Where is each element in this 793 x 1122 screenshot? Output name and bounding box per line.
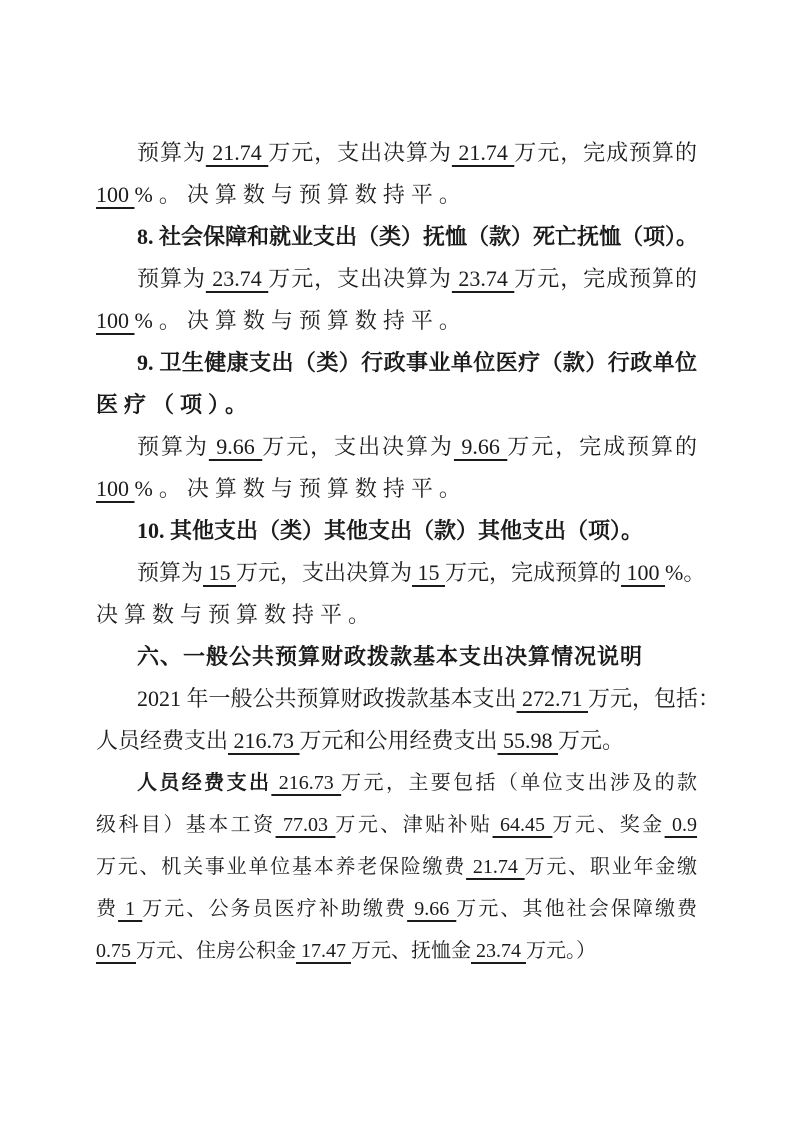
underlined-value: 272.71	[517, 686, 589, 711]
text-line: 预算为 23.74 万元，支出决算为 23.74 万元，完成预算的	[96, 258, 697, 300]
text-line: 人员经费支出 216.73 万元和公用经费支出 55.98 万元。	[96, 720, 697, 762]
text-segment: 10. 其他支出（类）其他支出（款）其他支出（项）。	[137, 518, 643, 543]
text-segment: 费	[96, 898, 118, 920]
underlined-value: 100	[96, 476, 135, 501]
text-segment: %。决算数与预算数持平。	[135, 308, 467, 333]
underlined-value: 23.74	[206, 266, 268, 291]
text-segment: 医疗（项）。	[96, 392, 253, 417]
text-line: 万元、机关事业单位基本养老保险缴费 21.74 万元、职业年金缴	[96, 846, 697, 888]
underlined-value: 100	[621, 560, 665, 585]
text-segment: 万元，支出决算为	[268, 266, 452, 291]
text-segment: 决算数与预算数持平。	[96, 602, 376, 627]
text-segment: 万元、奖金	[552, 814, 664, 836]
underlined-value: 9.66	[454, 434, 507, 459]
text-line: 0.75 万元、住房公积金 17.47 万元、抚恤金 23.74 万元。）	[96, 930, 697, 972]
text-segment: 万元、其他社会保障缴费	[456, 898, 697, 920]
text-line: 预算为 15 万元，支出决算为 15 万元，完成预算的 100 %。	[96, 552, 697, 594]
underlined-value: 55.98	[498, 728, 559, 753]
underlined-value: 9.66	[209, 434, 262, 459]
text-segment: 万元、住房公积金	[136, 940, 296, 962]
underlined-value: 0.9	[665, 814, 697, 836]
text-segment: 万元、职业年金缴	[525, 856, 697, 878]
text-segment: 万元、津贴补贴	[335, 814, 492, 836]
underlined-value: 64.45	[493, 814, 553, 836]
text-line: 2021 年一般公共预算财政拨款基本支出 272.71 万元，包括：	[96, 678, 697, 720]
text-segment: 万元。	[558, 728, 624, 753]
text-segment: 9. 卫生健康支出（类）行政事业单位医疗（款）行政单位	[137, 350, 697, 375]
text-segment: 预算为	[137, 560, 203, 585]
text-segment: 万元，支出决算为	[268, 140, 452, 165]
text-segment: 万元和公用经费支出	[300, 728, 498, 753]
text-segment: 万元，完成预算的	[445, 560, 621, 585]
text-line: 预算为 9.66 万元，支出决算为 9.66 万元，完成预算的	[96, 426, 697, 468]
section-heading-6: 六、一般公共预算财政拨款基本支出决算情况说明	[96, 636, 697, 678]
section-heading-9: 9. 卫生健康支出（类）行政事业单位医疗（款）行政单位	[96, 342, 697, 384]
text-segment: 预算为	[137, 266, 206, 291]
text-line: 决算数与预算数持平。	[96, 594, 697, 636]
text-segment: 万元。）	[526, 940, 596, 962]
text-segment: 万元，完成预算的	[507, 434, 697, 459]
underlined-value: 21.74	[452, 140, 514, 165]
text-line: 100 %。决算数与预算数持平。	[96, 468, 697, 510]
text-segment: 8. 社会保障和就业支出（类）抚恤（款）死亡抚恤（项）。	[137, 224, 698, 249]
underlined-value: 100	[96, 182, 135, 207]
text-segment: 万元、抚恤金	[351, 940, 471, 962]
text-line: 人员经费支出 216.73 万元，主要包括（单位支出涉及的款	[96, 762, 697, 804]
underlined-value: 21.74	[466, 856, 525, 878]
text-line: 100 %。决算数与预算数持平。	[96, 300, 697, 342]
document-text: 预算为 21.74 万元，支出决算为 21.74 万元，完成预算的 100 %。…	[96, 132, 697, 972]
underlined-value: 216.73	[228, 728, 300, 753]
underlined-value: 9.66	[407, 898, 456, 920]
text-segment: 万元，包括：	[588, 686, 720, 711]
text-segment: 万元、机关事业单位基本养老保险缴费	[96, 856, 466, 878]
text-segment: %。	[665, 560, 705, 585]
text-segment: %。决算数与预算数持平。	[135, 476, 467, 501]
text-segment: 级科目）基本工资	[96, 814, 276, 836]
underlined-value: 15	[203, 560, 236, 585]
text-segment: 万元，完成预算的	[514, 140, 697, 165]
text-segment: %。决算数与预算数持平。	[135, 182, 467, 207]
text-line: 预算为 21.74 万元，支出决算为 21.74 万元，完成预算的	[96, 132, 697, 174]
underlined-value: 1	[118, 898, 142, 920]
underlined-value: 23.74	[452, 266, 514, 291]
text-segment: 人员经费支出	[137, 772, 271, 794]
underlined-value: 15	[412, 560, 445, 585]
text-segment: 万元，支出决算为	[236, 560, 412, 585]
section-heading-9-cont: 医疗（项）。	[96, 384, 697, 426]
text-segment: 万元，支出决算为	[262, 434, 454, 459]
underlined-value: 23.74	[471, 940, 526, 962]
underlined-value: 216.73	[271, 772, 341, 794]
document-page: 预算为 21.74 万元，支出决算为 21.74 万元，完成预算的 100 %。…	[0, 0, 793, 1122]
text-line: 100 %。决算数与预算数持平。	[96, 174, 697, 216]
text-segment: 万元，完成预算的	[514, 266, 697, 291]
underlined-value: 77.03	[276, 814, 336, 836]
text-line: 级科目）基本工资 77.03 万元、津贴补贴 64.45 万元、奖金 0.9	[96, 804, 697, 846]
text-segment: 万元、公务员医疗补助缴费	[142, 898, 407, 920]
section-heading-10: 10. 其他支出（类）其他支出（款）其他支出（项）。	[96, 510, 697, 552]
text-segment: 人员经费支出	[96, 728, 228, 753]
text-segment: 六、一般公共预算财政拨款基本支出决算情况说明	[137, 644, 643, 669]
underlined-value: 17.47	[296, 940, 351, 962]
text-segment: 2021 年一般公共预算财政拨款基本支出	[137, 686, 517, 711]
underlined-value: 100	[96, 308, 135, 333]
underlined-value: 21.74	[206, 140, 268, 165]
text-segment: 万元，主要包括（单位支出涉及的款	[341, 772, 697, 794]
text-segment: 预算为	[137, 434, 209, 459]
text-line: 费 1 万元、公务员医疗补助缴费 9.66 万元、其他社会保障缴费	[96, 888, 697, 930]
section-heading-8: 8. 社会保障和就业支出（类）抚恤（款）死亡抚恤（项）。	[96, 216, 697, 258]
text-segment: 预算为	[137, 140, 206, 165]
underlined-value: 0.75	[96, 940, 136, 962]
